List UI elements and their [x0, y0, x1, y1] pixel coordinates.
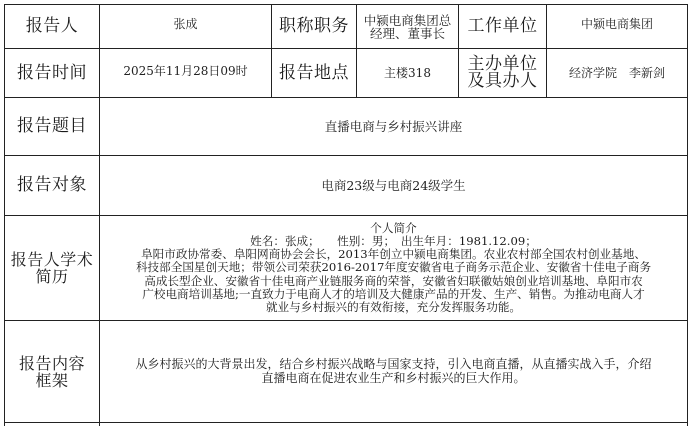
lecture-registration-form: 报告人 张成 职称职务 中颍电商集团总经理、董事长 工作单位 中颍电商集团 报告… — [4, 4, 687, 426]
location-value: 主楼318 — [357, 49, 459, 98]
organizer-label: 主办单位及具办人 — [459, 49, 547, 98]
reporter-label: 报告人 — [5, 5, 100, 49]
outline-content: 从乡村振兴的大背景出发，结合乡村振兴战略与国家支持，引入电商直播，从直播实战入手… — [100, 321, 688, 423]
organizer-value: 经济学院 李新剑 — [547, 49, 688, 98]
topic-value: 直播电商与乡村振兴讲座 — [100, 98, 688, 156]
row-audience: 报告对象 电商23级与电商24级学生 — [5, 156, 688, 216]
bio-line: 高成长型企业、安徽省十佳电商产业链服务商的荣誉，安徽省妇联徽姑娘创业培训基地、阜… — [102, 275, 685, 288]
row-outline: 报告内容框架 从乡村振兴的大背景出发，结合乡村振兴战略与国家支持，引入电商直播，… — [5, 321, 688, 423]
audience-label: 报告对象 — [5, 156, 100, 216]
topic-label: 报告题目 — [5, 98, 100, 156]
reporter-value: 张成 — [100, 5, 272, 49]
position-label: 职称职务 — [272, 5, 357, 49]
audience-value: 电商23级与电商24级学生 — [100, 156, 688, 216]
location-label: 报告地点 — [272, 49, 357, 98]
bio-label: 报告人学术简历 — [5, 216, 100, 321]
outline-line: 直播电商在促进农业生产和乡村振兴的巨大作用。 — [102, 372, 685, 386]
bio-line: 个人简介 — [102, 222, 685, 235]
position-value: 中颍电商集团总经理、董事长 — [357, 5, 459, 49]
row-time-location: 报告时间 2025年11月28日09时 报告地点 主楼318 主办单位及具办人 … — [5, 49, 688, 98]
outline-line: 从乡村振兴的大背景出发，结合乡村振兴战略与国家支持，引入电商直播，从直播实战入手… — [102, 358, 685, 372]
row-bio: 报告人学术简历 个人简介 姓名：张成； 性别：男； 出生年月：1981.12.0… — [5, 216, 688, 321]
outline-label: 报告内容框架 — [5, 321, 100, 423]
next-row-label-cell — [5, 423, 100, 426]
workplace-label: 工作单位 — [459, 5, 547, 49]
bio-line: 科技部全国星创天地；带领公司荣获2016-2017年度安徽省电子商务示范企业、安… — [102, 261, 685, 274]
report-info-table: 报告人 张成 职称职务 中颍电商集团总经理、董事长 工作单位 中颍电商集团 报告… — [4, 4, 688, 426]
workplace-value: 中颍电商集团 — [547, 5, 688, 49]
time-value: 2025年11月28日09时 — [100, 49, 272, 98]
bio-content: 个人简介 姓名：张成； 性别：男； 出生年月：1981.12.09； 阜阳市政协… — [100, 216, 688, 321]
row-topic: 报告题目 直播电商与乡村振兴讲座 — [5, 98, 688, 156]
next-row-value-cell — [100, 423, 688, 426]
row-reporter: 报告人 张成 职称职务 中颍电商集团总经理、董事长 工作单位 中颍电商集团 — [5, 5, 688, 49]
bio-line: 就业与乡村振兴的有效衔接，充分发挥服务功能。 — [102, 301, 685, 314]
time-label: 报告时间 — [5, 49, 100, 98]
row-next-partial — [5, 423, 688, 426]
